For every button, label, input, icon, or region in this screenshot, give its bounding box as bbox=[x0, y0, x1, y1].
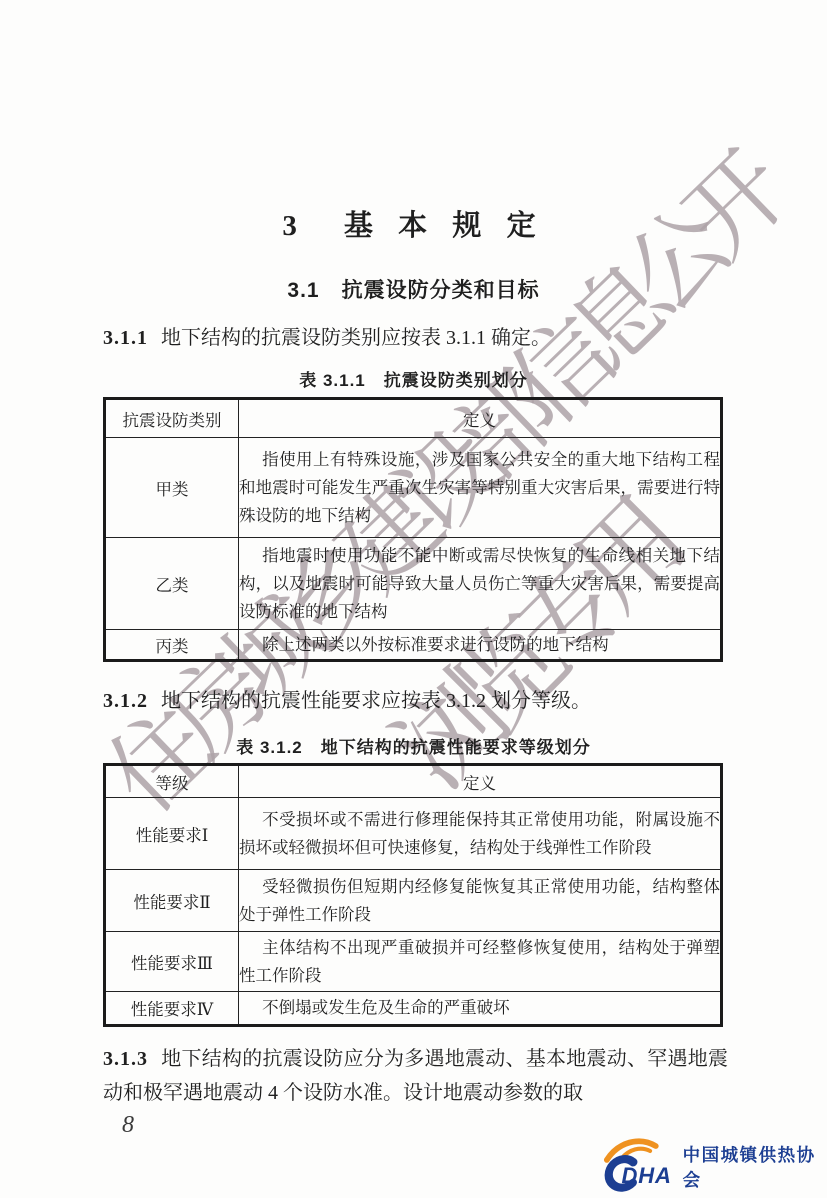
table-3-1-2: 等级 定义 性能要求Ⅰ 不受损坏或不需进行修理能保持其正常使用功能，附属设施不损… bbox=[103, 763, 723, 1027]
chapter-heading: 3 基 本 规 定 bbox=[0, 203, 827, 244]
grade-definition: 主体结构不出现严重破损并可经整修恢复使用，结构处于弹塑性工作阶段 bbox=[239, 932, 722, 992]
clause-text: 地下结构的抗震设防应分为多遇地震动、基本地震动、罕遇地震动和极罕遇地震动 4 个… bbox=[103, 1048, 728, 1104]
cdha-letters: DHA bbox=[621, 1163, 671, 1188]
table-3-1-2-caption: 表 3.1.2 地下结构的抗震性能要求等级划分 bbox=[0, 733, 827, 758]
content-layer: 3 基 本 规 定 3.1 抗震设防分类和目标 3.1.1地下结构的抗震设防类别… bbox=[0, 0, 827, 1198]
clause-number: 3.1.3 bbox=[103, 1048, 148, 1070]
column-header: 抗震设防类别 bbox=[105, 399, 239, 438]
table-header-row: 等级 定义 bbox=[105, 765, 722, 798]
clause-text: 地下结构的抗震性能要求应按表 3.1.2 划分等级。 bbox=[161, 690, 591, 712]
table-header-row: 抗震设防类别 定义 bbox=[105, 399, 722, 438]
grade-label: 性能要求Ⅱ bbox=[105, 870, 239, 932]
category-definition: 指使用上有特殊设施，涉及国家公共安全的重大地下结构工程和地震时可能发生严重次生灾… bbox=[239, 438, 722, 538]
clause-text: 地下结构的抗震设防类别应按表 3.1.1 确定。 bbox=[161, 327, 551, 349]
category-label: 丙类 bbox=[105, 630, 239, 661]
category-definition: 指地震时使用功能不能中断或需尽快恢复的生命线相关地下结构，以及地震时可能导致大量… bbox=[239, 538, 722, 630]
table-3-1-1: 抗震设防类别 定义 甲类 指使用上有特殊设施，涉及国家公共安全的重大地下结构工程… bbox=[103, 397, 723, 662]
column-header: 定义 bbox=[239, 399, 722, 438]
table-row: 性能要求Ⅰ 不受损坏或不需进行修理能保持其正常使用功能，附属设施不损坏或轻微损坏… bbox=[105, 798, 722, 870]
table-row: 性能要求Ⅲ 主体结构不出现严重破损并可经整修恢复使用，结构处于弹塑性工作阶段 bbox=[105, 932, 722, 992]
cdha-logo: DHA 中国城镇供热协会 bbox=[597, 1134, 827, 1194]
category-label: 乙类 bbox=[105, 538, 239, 630]
clause-number: 3.1.2 bbox=[103, 690, 148, 712]
association-name: 中国城镇供热协会 bbox=[683, 1142, 827, 1192]
clause-number: 3.1.1 bbox=[103, 327, 148, 349]
table-row: 性能要求Ⅱ 受轻微损伤但短期内经修复能恢复其正常使用功能，结构整体处于弹性工作阶… bbox=[105, 870, 722, 932]
cdha-logo-icon: DHA bbox=[597, 1134, 679, 1194]
table-row: 甲类 指使用上有特殊设施，涉及国家公共安全的重大地下结构工程和地震时可能发生严重… bbox=[105, 438, 722, 538]
column-header: 等级 bbox=[105, 765, 239, 798]
grade-label: 性能要求Ⅰ bbox=[105, 798, 239, 870]
table-row: 乙类 指地震时使用功能不能中断或需尽快恢复的生命线相关地下结构，以及地震时可能导… bbox=[105, 538, 722, 630]
page-number: 8 bbox=[122, 1112, 134, 1139]
category-definition: 除上述两类以外按标准要求进行设防的地下结构 bbox=[239, 630, 722, 661]
paragraph-3-1-2: 3.1.2地下结构的抗震性能要求应按表 3.1.2 划分等级。 bbox=[103, 684, 728, 718]
document-page: 住房城乡建设部信息公开 浏览专用 3 基 本 规 定 3.1 抗震设防分类和目标… bbox=[0, 0, 827, 1198]
grade-definition: 不倒塌或发生危及生命的严重破坏 bbox=[239, 992, 722, 1026]
grade-definition: 不受损坏或不需进行修理能保持其正常使用功能，附属设施不损坏或轻微损坏但可快速修复… bbox=[239, 798, 722, 870]
section-heading: 3.1 抗震设防分类和目标 bbox=[0, 274, 827, 304]
category-label: 甲类 bbox=[105, 438, 239, 538]
table-row: 性能要求Ⅳ 不倒塌或发生危及生命的严重破坏 bbox=[105, 992, 722, 1026]
paragraph-3-1-3: 3.1.3地下结构的抗震设防应分为多遇地震动、基本地震动、罕遇地震动和极罕遇地震… bbox=[103, 1042, 728, 1110]
paragraph-3-1-1: 3.1.1地下结构的抗震设防类别应按表 3.1.1 确定。 bbox=[103, 321, 728, 355]
table-row: 丙类 除上述两类以外按标准要求进行设防的地下结构 bbox=[105, 630, 722, 661]
table-3-1-1-caption: 表 3.1.1 抗震设防类别划分 bbox=[0, 366, 827, 391]
grade-label: 性能要求Ⅲ bbox=[105, 932, 239, 992]
column-header: 定义 bbox=[239, 765, 722, 798]
grade-label: 性能要求Ⅳ bbox=[105, 992, 239, 1026]
grade-definition: 受轻微损伤但短期内经修复能恢复其正常使用功能，结构整体处于弹性工作阶段 bbox=[239, 870, 722, 932]
